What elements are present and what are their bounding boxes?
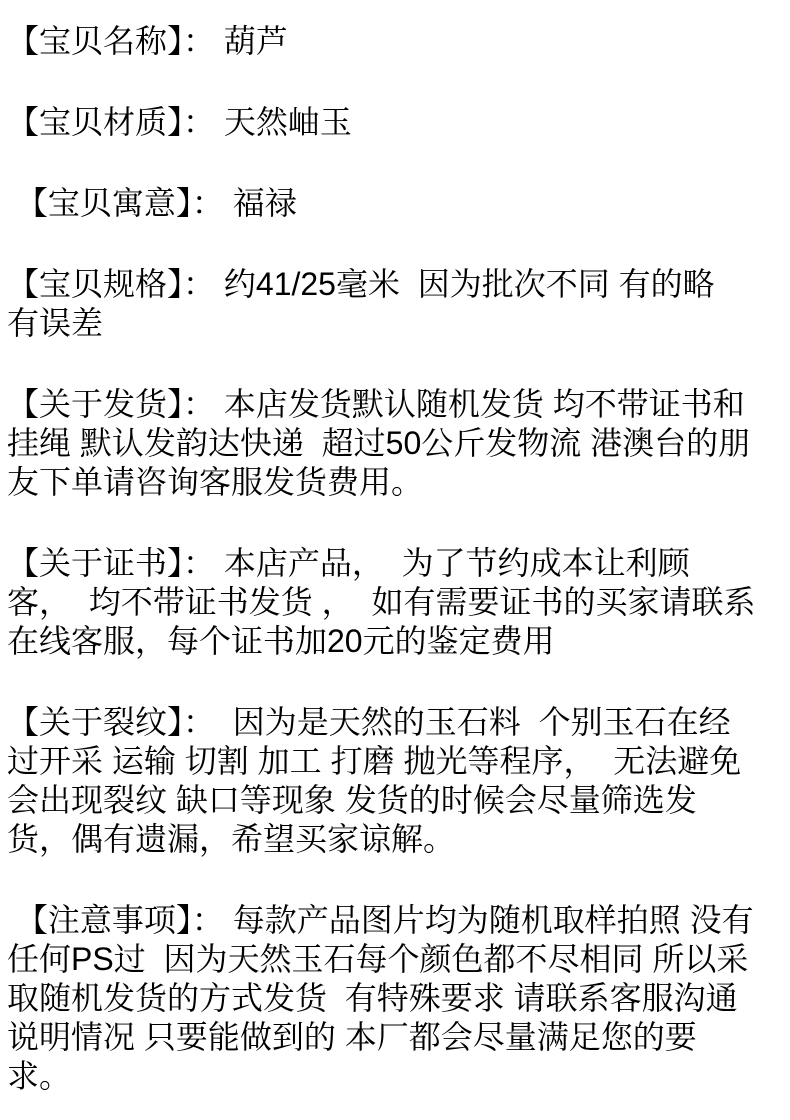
text-line: 说明情况 只要能做到的 本厂都会尽量满足您的要: [7, 1018, 778, 1057]
text-line: 挂绳 默认发韵达快递 超过50公斤发物流 港澳台的朋: [7, 424, 778, 463]
paragraph-certificate-info: 【关于证书】： 本店产品， 为了节约成本让利顾客， 均不带证书发货 ， 如有需要…: [7, 544, 778, 661]
text-line: 【关于裂纹】： 因为是天然的玉石料 个别玉石在经: [7, 703, 778, 742]
text-line: 有误差: [7, 304, 778, 343]
paragraph-crack-info: 【关于裂纹】： 因为是天然的玉石料 个别玉石在经过开采 运输 切割 加工 打磨 …: [7, 703, 778, 859]
text-line: 客， 均不带证书发货 ， 如有需要证书的买家请联系: [7, 583, 778, 622]
text-line: 【关于证书】： 本店产品， 为了节约成本让利顾: [7, 544, 778, 583]
paragraph-item-material: 【宝贝材质】： 天然岫玉: [7, 103, 778, 142]
paragraph-item-meaning: 【宝贝寓意】： 福禄: [7, 184, 778, 223]
text-line: 【注意事项】： 每款产品图片均为随机取样拍照 没有: [7, 901, 778, 940]
text-line: 过开采 运输 切割 加工 打磨 抛光等程序， 无法避免: [7, 742, 778, 781]
text-line: 会出现裂纹 缺口等现象 发货的时候会尽量筛选发: [7, 781, 778, 820]
text-line: 【宝贝名称】： 葫芦: [7, 22, 778, 61]
text-line: 【宝贝寓意】： 福禄: [7, 184, 778, 223]
text-line: 货，偶有遗漏，希望买家谅解。: [7, 820, 778, 859]
text-line: 任何PS过 因为天然玉石每个颜色都不尽相同 所以采: [7, 940, 778, 979]
text-line: 取随机发货的方式发货 有特殊要求 请联系客服沟通: [7, 979, 778, 1018]
text-line: 【宝贝材质】： 天然岫玉: [7, 103, 778, 142]
paragraph-item-spec: 【宝贝规格】： 约41/25毫米 因为批次不同 有的略有误差: [7, 265, 778, 343]
text-line: 在线客服，每个证书加20元的鉴定费用: [7, 622, 778, 661]
paragraph-item-name: 【宝贝名称】： 葫芦: [7, 22, 778, 61]
paragraph-notice: 【注意事项】： 每款产品图片均为随机取样拍照 没有任何PS过 因为天然玉石每个颜…: [7, 901, 778, 1096]
paragraph-shipping-info: 【关于发货】： 本店发货默认随机发货 均不带证书和挂绳 默认发韵达快递 超过50…: [7, 385, 778, 502]
text-line: 【宝贝规格】： 约41/25毫米 因为批次不同 有的略: [7, 265, 778, 304]
text-line: 求。: [7, 1057, 778, 1096]
product-description-body: 【宝贝名称】： 葫芦【宝贝材质】： 天然岫玉 【宝贝寓意】： 福禄【宝贝规格】：…: [0, 0, 790, 1120]
text-line: 【关于发货】： 本店发货默认随机发货 均不带证书和: [7, 385, 778, 424]
text-line: 友下单请咨询客服发货费用。: [7, 463, 778, 502]
